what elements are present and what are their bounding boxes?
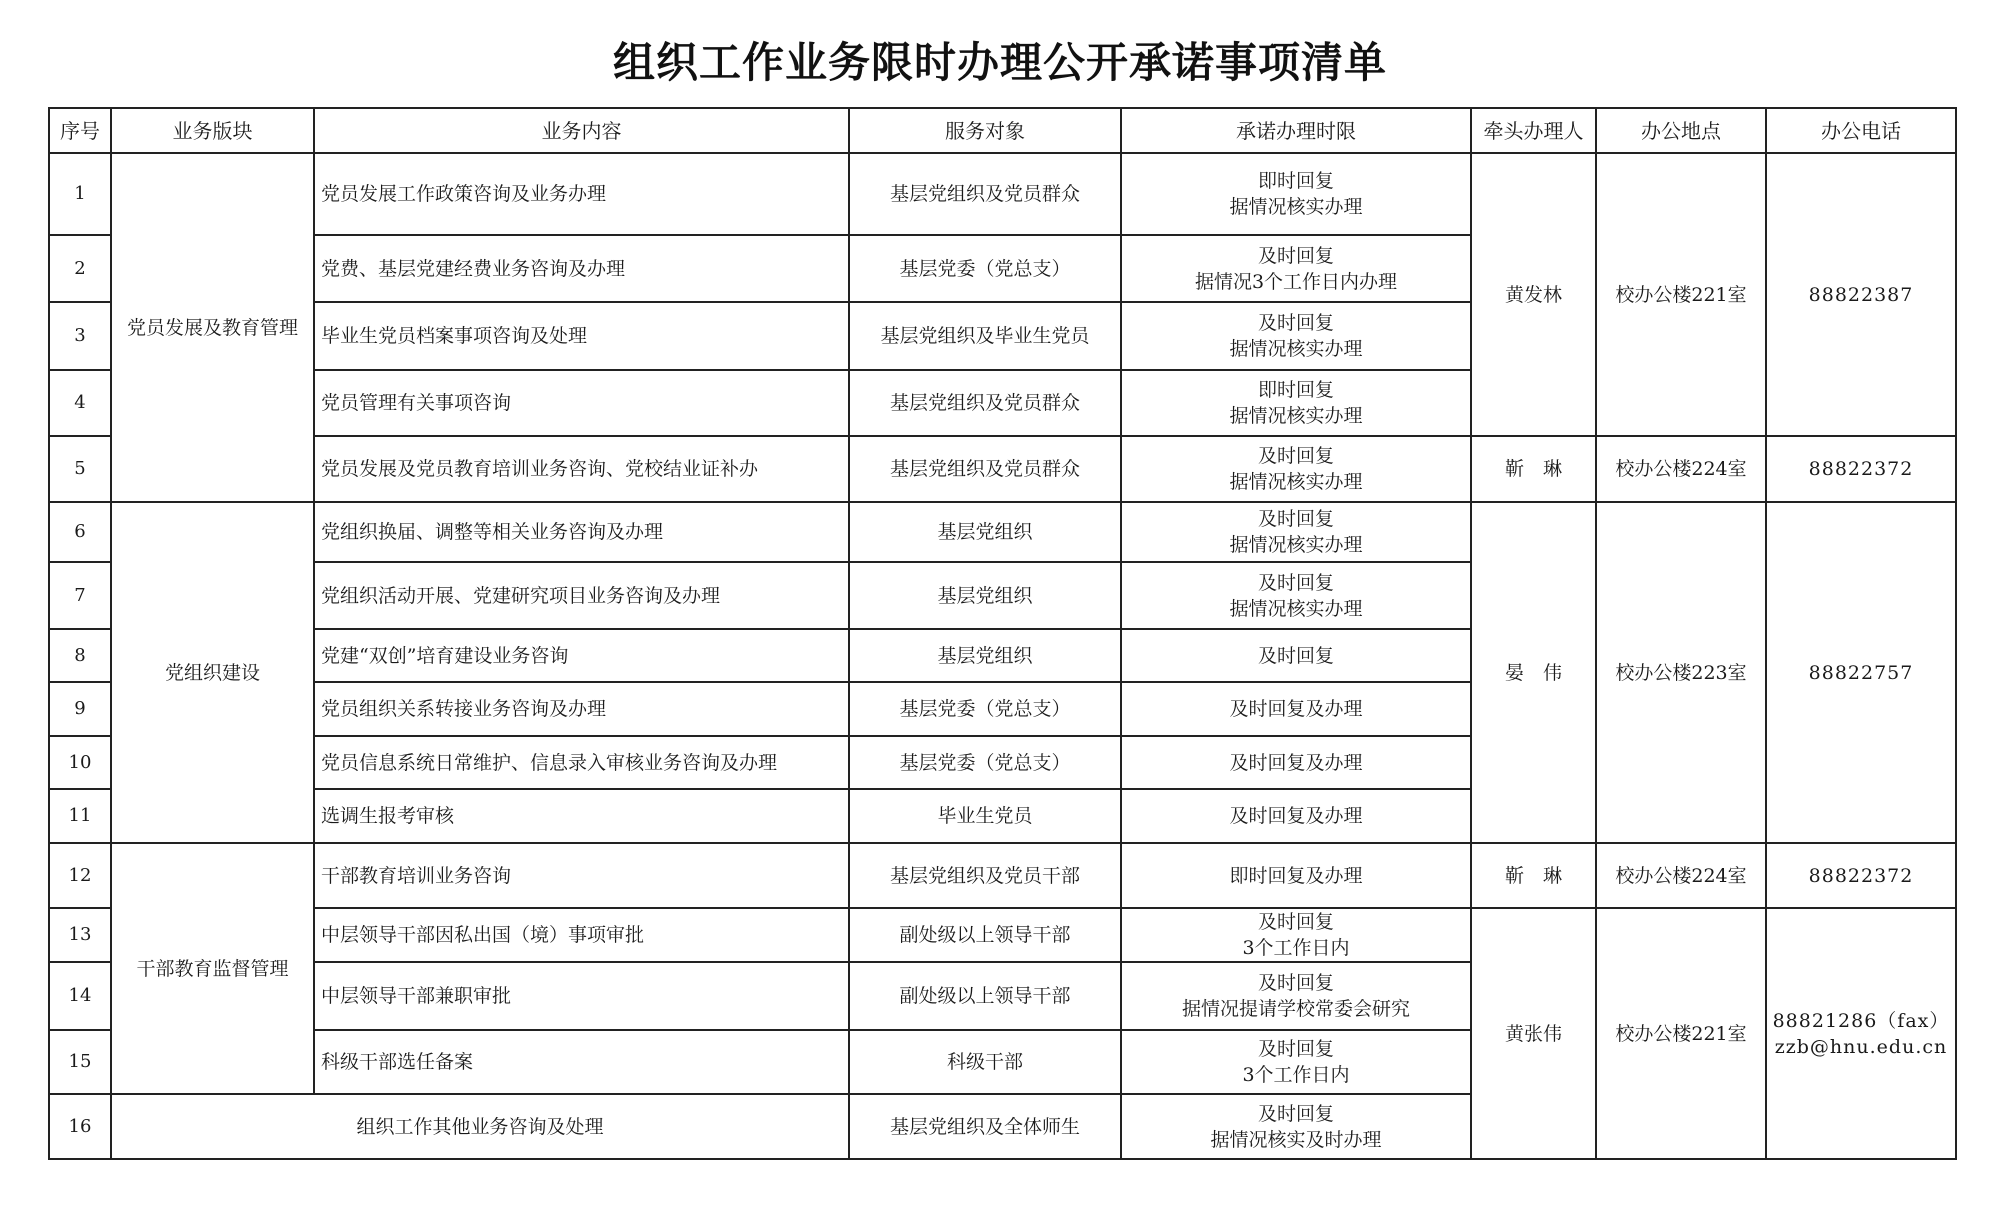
business-content: 党费、基层党建经费业务咨询及办理	[314, 235, 849, 302]
deadline: 及时回复据情况核实办理	[1121, 436, 1471, 502]
row-number: 10	[49, 736, 111, 789]
business-block: 干部教育监督管理	[111, 843, 314, 1094]
deadline: 及时回复据情况核实办理	[1121, 562, 1471, 629]
service-target: 科级干部	[849, 1030, 1121, 1094]
row-number: 4	[49, 370, 111, 436]
deadline: 及时回复及办理	[1121, 789, 1471, 843]
email-address[interactable]: zzb@hnu.edu.cn	[1771, 1034, 1951, 1060]
business-content: 党组织换届、调整等相关业务咨询及办理	[314, 502, 849, 562]
row-number: 8	[49, 629, 111, 682]
row-number: 15	[49, 1030, 111, 1094]
business-block: 党员发展及教育管理	[111, 153, 314, 502]
row-number: 13	[49, 908, 111, 962]
office-location: 校办公楼221室	[1596, 908, 1766, 1159]
row-number: 3	[49, 302, 111, 370]
row-number: 16	[49, 1094, 111, 1159]
deadline: 及时回复据情况3个工作日内办理	[1121, 235, 1471, 302]
header-no: 序号	[49, 108, 111, 153]
business-content: 党员发展及党员教育培训业务咨询、党校结业证补办	[314, 436, 849, 502]
table-row: 1 党员发展及教育管理 党员发展工作政策咨询及业务办理 基层党组织及党员群众 即…	[49, 153, 1956, 235]
handler: 靳 琳	[1471, 436, 1596, 502]
service-target: 基层党委（党总支）	[849, 736, 1121, 789]
service-target: 毕业生党员	[849, 789, 1121, 843]
row-number: 5	[49, 436, 111, 502]
business-block: 党组织建设	[111, 502, 314, 843]
business-content: 中层领导干部因私出国（境）事项审批	[314, 908, 849, 962]
header-location: 办公地点	[1596, 108, 1766, 153]
handler: 晏 伟	[1471, 502, 1596, 843]
business-content: 党组织活动开展、党建研究项目业务咨询及办理	[314, 562, 849, 629]
deadline: 及时回复据情况核实办理	[1121, 302, 1471, 370]
business-content: 党员管理有关事项咨询	[314, 370, 849, 436]
business-content: 毕业生党员档案事项咨询及处理	[314, 302, 849, 370]
office-location: 校办公楼224室	[1596, 436, 1766, 502]
business-content: 科级干部选任备案	[314, 1030, 849, 1094]
deadline: 及时回复3个工作日内	[1121, 908, 1471, 962]
business-content: 干部教育培训业务咨询	[314, 843, 849, 908]
header-target: 服务对象	[849, 108, 1121, 153]
table-row: 12 干部教育监督管理 干部教育培训业务咨询 基层党组织及党员干部 即时回复及办…	[49, 843, 1956, 908]
table-row: 6 党组织建设 党组织换届、调整等相关业务咨询及办理 基层党组织 及时回复据情况…	[49, 502, 1956, 562]
office-phone: 88822372	[1766, 436, 1956, 502]
service-target: 基层党组织及毕业生党员	[849, 302, 1121, 370]
deadline: 及时回复据情况核实及时办理	[1121, 1094, 1471, 1159]
service-target: 基层党组织	[849, 629, 1121, 682]
service-target: 基层党组织及全体师生	[849, 1094, 1121, 1159]
commitment-table: 序号 业务版块 业务内容 服务对象 承诺办理时限 牵头办理人 办公地点 办公电话…	[48, 107, 1957, 1160]
header-row: 序号 业务版块 业务内容 服务对象 承诺办理时限 牵头办理人 办公地点 办公电话	[49, 108, 1956, 153]
deadline: 及时回复及办理	[1121, 682, 1471, 736]
deadline: 及时回复据情况核实办理	[1121, 502, 1471, 562]
row-number: 12	[49, 843, 111, 908]
row-number: 7	[49, 562, 111, 629]
office-location: 校办公楼224室	[1596, 843, 1766, 908]
service-target: 基层党组织及党员干部	[849, 843, 1121, 908]
business-content: 党建“双创”培育建设业务咨询	[314, 629, 849, 682]
office-location: 校办公楼221室	[1596, 153, 1766, 436]
service-target: 基层党组织及党员群众	[849, 153, 1121, 235]
handler: 黄发林	[1471, 153, 1596, 436]
row-number: 14	[49, 962, 111, 1030]
handler: 黄张伟	[1471, 908, 1596, 1159]
table-row: 5 党员发展及党员教育培训业务咨询、党校结业证补办 基层党组织及党员群众 及时回…	[49, 436, 1956, 502]
office-phone: 88822387	[1766, 153, 1956, 436]
service-target: 副处级以上领导干部	[849, 908, 1121, 962]
row-number: 9	[49, 682, 111, 736]
business-content: 中层领导干部兼职审批	[314, 962, 849, 1030]
business-content-merged: 组织工作其他业务咨询及处理	[111, 1094, 849, 1159]
business-content: 党员发展工作政策咨询及业务办理	[314, 153, 849, 235]
office-phone: 88822372	[1766, 843, 1956, 908]
deadline: 及时回复及办理	[1121, 736, 1471, 789]
deadline: 及时回复据情况提请学校常委会研究	[1121, 962, 1471, 1030]
header-deadline: 承诺办理时限	[1121, 108, 1471, 153]
handler: 靳 琳	[1471, 843, 1596, 908]
fax-number: 88821286（fax）	[1771, 1008, 1951, 1034]
service-target: 基层党组织及党员群众	[849, 436, 1121, 502]
service-target: 副处级以上领导干部	[849, 962, 1121, 1030]
table-row: 13 中层领导干部因私出国（境）事项审批 副处级以上领导干部 及时回复3个工作日…	[49, 908, 1956, 962]
header-content: 业务内容	[314, 108, 849, 153]
service-target: 基层党组织	[849, 502, 1121, 562]
business-content: 选调生报考审核	[314, 789, 849, 843]
office-phone: 88821286（fax）zzb@hnu.edu.cn	[1766, 908, 1956, 1159]
deadline: 即时回复据情况核实办理	[1121, 370, 1471, 436]
document-title: 组织工作业务限时办理公开承诺事项清单	[0, 30, 2000, 90]
row-number: 6	[49, 502, 111, 562]
deadline: 即时回复及办理	[1121, 843, 1471, 908]
row-number: 1	[49, 153, 111, 235]
service-target: 基层党组织及党员群众	[849, 370, 1121, 436]
header-block: 业务版块	[111, 108, 314, 153]
deadline: 及时回复	[1121, 629, 1471, 682]
business-content: 党员信息系统日常维护、信息录入审核业务咨询及办理	[314, 736, 849, 789]
row-number: 2	[49, 235, 111, 302]
deadline: 即时回复据情况核实办理	[1121, 153, 1471, 235]
office-phone: 88822757	[1766, 502, 1956, 843]
business-content: 党员组织关系转接业务咨询及办理	[314, 682, 849, 736]
deadline: 及时回复3个工作日内	[1121, 1030, 1471, 1094]
service-target: 基层党委（党总支）	[849, 235, 1121, 302]
header-phone: 办公电话	[1766, 108, 1956, 153]
header-handler: 牵头办理人	[1471, 108, 1596, 153]
service-target: 基层党组织	[849, 562, 1121, 629]
row-number: 11	[49, 789, 111, 843]
service-target: 基层党委（党总支）	[849, 682, 1121, 736]
office-location: 校办公楼223室	[1596, 502, 1766, 843]
